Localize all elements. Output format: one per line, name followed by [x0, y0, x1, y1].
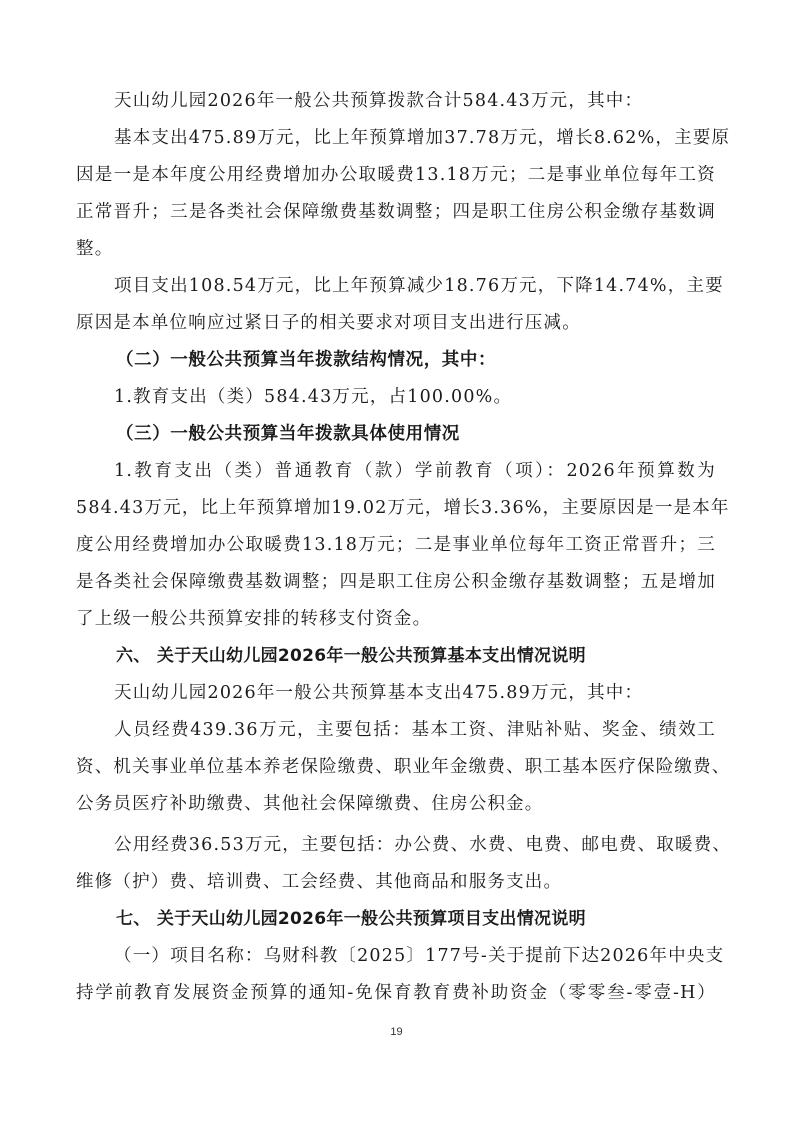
paragraph-line: 整。	[76, 234, 716, 264]
paragraph-line: 因是一是本年度公用经费增加办公取暖费13.18万元；二是事业单位每年工资	[76, 160, 716, 190]
paragraph-line: 人员经费439.36万元，主要包括：基本工资、津贴补贴、奖金、绩效工	[114, 715, 716, 745]
paragraph-line: 维修（护）费、培训费、工会经费、其他商品和服务支出。	[76, 867, 716, 897]
section-subheading: （三）一般公共预算当年拨款具体使用情况	[116, 419, 756, 449]
paragraph-line: 项目支出108.54万元，比上年预算减少18.76万元，下降14.74%，主要	[114, 271, 716, 301]
paragraph-line: 是各类社会保障缴费基数调整；四是职工住房公积金缴存基数调整；五是增加	[76, 567, 716, 597]
paragraph-line: 正常晋升；三是各类社会保障缴费基数调整；四是职工住房公积金缴存基数调	[76, 197, 716, 227]
paragraph-line: 公务员医疗补助缴费、其他社会保障缴费、住房公积金。	[76, 789, 716, 819]
paragraph-line: 公用经费36.53万元，主要包括：办公费、水费、电费、邮电费、取暖费、	[114, 830, 716, 860]
paragraph-line: （一）项目名称：乌财科教〔2025〕177号-关于提前下达2026年中央支	[114, 941, 716, 971]
paragraph-line: 资、机关事业单位基本养老保险缴费、职业年金缴费、职工基本医疗保险缴费、	[76, 752, 716, 782]
paragraph-line: 原因是本单位响应过紧日子的相关要求对项目支出进行压减。	[76, 308, 716, 338]
paragraph-line: 1.教育支出（类）584.43万元，占100.00%。	[114, 382, 716, 412]
section-subheading: （二）一般公共预算当年拨款结构情况，其中：	[116, 345, 756, 375]
paragraph-line: 天山幼儿园2026年一般公共预算基本支出475.89万元，其中：	[114, 678, 716, 708]
section-heading: 六、 关于天山幼儿园2026年一般公共预算基本支出情况说明	[116, 641, 756, 671]
paragraph-line: 基本支出475.89万元，比上年预算增加37.78万元，增长8.62%，主要原	[114, 123, 716, 153]
paragraph-line: 了上级一般公共预算安排的转移支付资金。	[76, 604, 716, 634]
document-page: 天山幼儿园2026年一般公共预算拨款合计584.43万元，其中： 基本支出475…	[0, 0, 793, 1122]
section-heading: 七、 关于天山幼儿园2026年一般公共预算项目支出情况说明	[116, 904, 756, 934]
paragraph-line: 持学前教育发展资金预算的通知-免保育教育费补助资金（零零叁-零壹-H）	[76, 978, 716, 1008]
paragraph-line: 天山幼儿园2026年一般公共预算拨款合计584.43万元，其中：	[114, 86, 716, 116]
paragraph-line: 度公用经费增加办公取暖费13.18万元；二是事业单位每年工资正常晋升；三	[76, 530, 716, 560]
page-number: 19	[0, 1026, 793, 1038]
paragraph-line: 584.43万元，比上年预算增加19.02万元，增长3.36%，主要原因是一是本…	[76, 493, 716, 523]
paragraph-line: 1.教育支出（类）普通教育（款）学前教育（项）：2026年预算数为	[114, 456, 716, 486]
